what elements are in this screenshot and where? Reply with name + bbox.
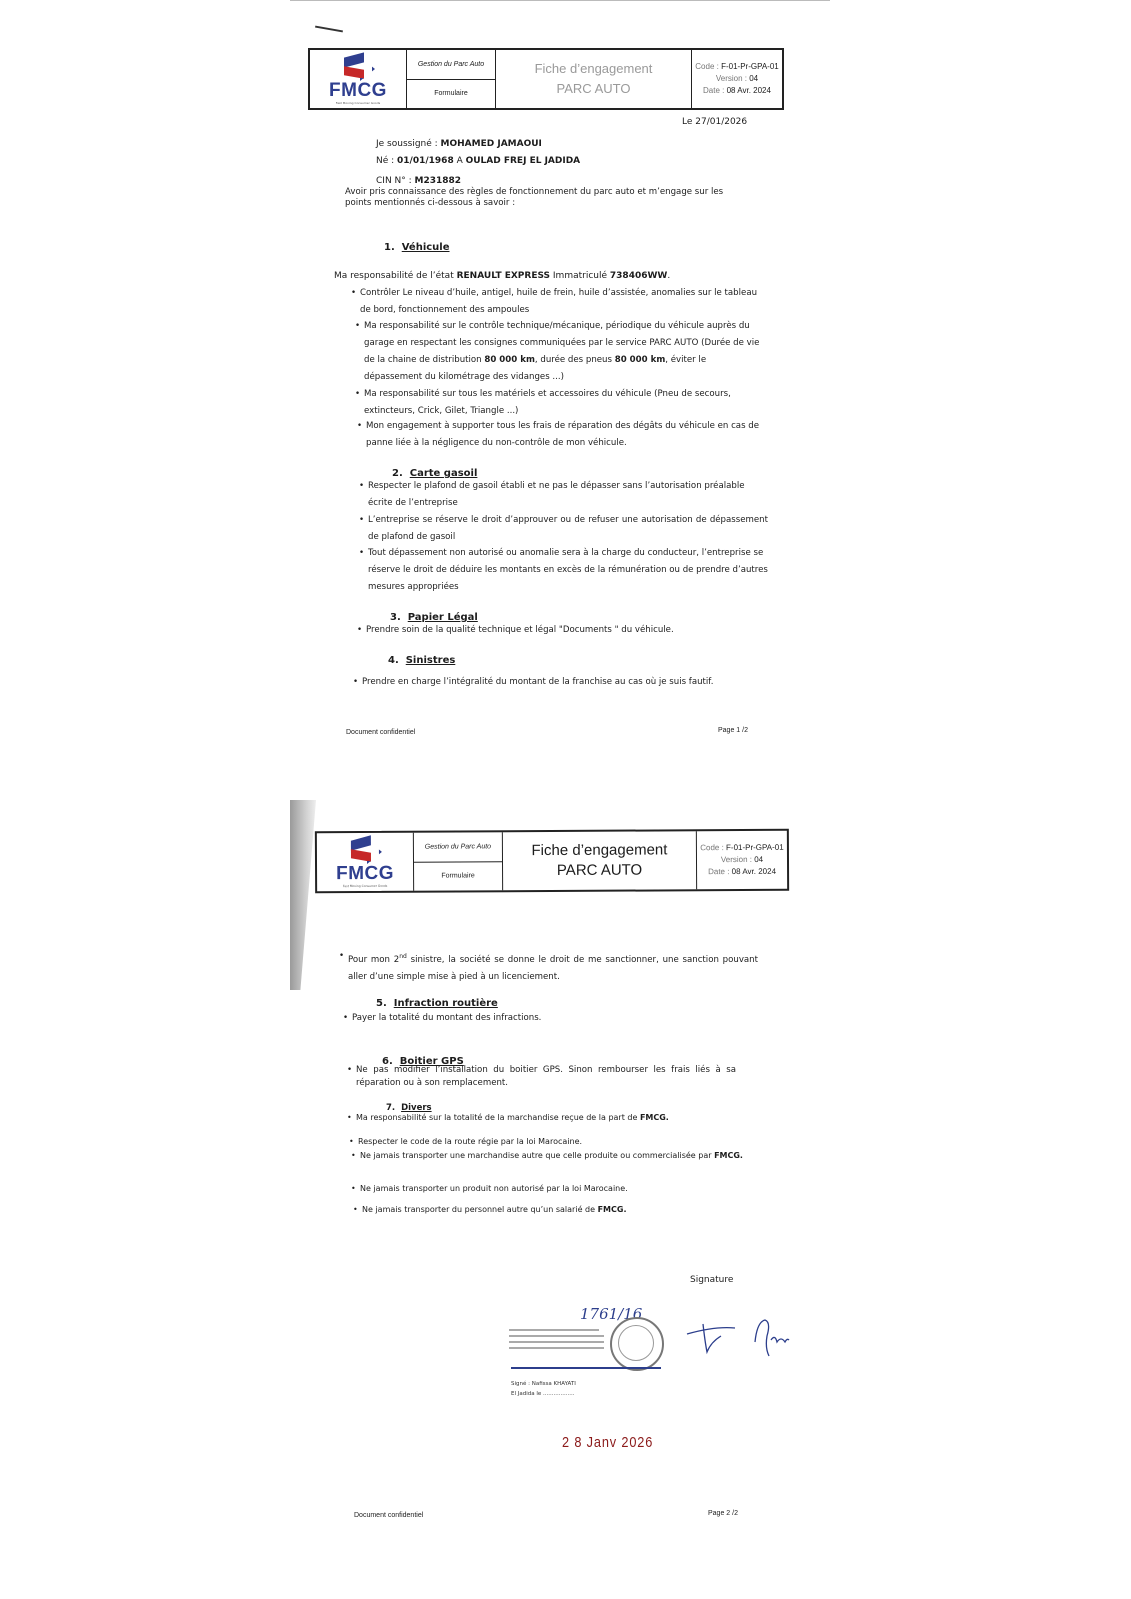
form-title: Fiche d’engagement PARC AUTO [496,50,692,108]
department-label: Gestion du Parc Auto [407,50,495,80]
list-item: Ne jamais transporter une marchandise au… [360,1150,750,1162]
section-heading-5: 5. Infraction routière [376,998,498,1009]
fmcg-logo-icon [349,836,381,864]
document-page-1: FMCG Fast Moving Consumer Goods Gestion … [290,0,830,770]
list-item: L’entreprise se réserve le droit d’appro… [368,512,768,546]
company-logo: FMCG Fast Moving Consumer Goods [317,833,414,892]
vehicle-line: Ma responsabilité de l’état RENAULT EXPR… [334,268,670,285]
page-number: Page 1 /2 [718,727,748,734]
doc-type-label: Formulaire [414,862,502,891]
page-edge [290,0,830,1]
signature-icon [685,1312,795,1362]
list-item: Prendre en charge l’intégralité du monta… [362,674,762,691]
list-item: Payer la totalité du montant des infract… [352,1010,752,1027]
signature-label: Signature [690,1272,733,1289]
section-heading-4: 4. Sinistres [388,655,455,666]
fmcg-logo-icon [342,53,374,81]
department-label: Gestion du Parc Auto [414,832,502,862]
form-title: Fiche d’engagement PARC AUTO [503,831,697,890]
doc-type-label: Formulaire [407,80,495,109]
list-item: Respecter le code de la route régie par … [358,1133,758,1150]
handwritten-name [511,1353,661,1369]
list-item: Ne jamais transporter un produit non aut… [360,1180,760,1197]
form-header: FMCG Fast Moving Consumer Goods Gestion … [315,829,789,893]
birth-line: Né : 01/01/1968 A OULAD FREJ EL JADIDA [376,153,580,170]
page-number: Page 2 /2 [708,1510,738,1517]
place-line: El Jadida le .................. [511,1391,575,1397]
list-item: Contrôler Le niveau d’huile, antigel, hu… [360,285,760,319]
pen-mark [315,26,343,33]
document-page-2: FMCG Fast Moving Consumer Goods Gestion … [290,800,830,1590]
list-item: Prendre soin de la qualité technique et … [366,622,766,639]
list-item: Tout dépassement non autorisé ou anomali… [368,545,768,596]
form-header: FMCG Fast Moving Consumer Goods Gestion … [308,48,784,110]
date-stamp: 2 8 Janv 2026 [562,1434,653,1451]
form-metadata: Code : F-01-Pr-GPA-01 Version : 04 Date … [697,831,787,889]
list-item: Ma responsabilité sur tous les matériels… [364,386,764,420]
paper-fold [290,800,316,990]
list-item: Pour mon 2nd sinistre, la société se don… [348,948,758,986]
company-logo: FMCG Fast Moving Consumer Goods [310,50,407,108]
list-item: Respecter le plafond de gasoil établi et… [368,478,768,512]
footer-confidential: Document confidentiel [346,729,415,736]
footer-confidential: Document confidentiel [354,1512,423,1519]
list-item: Ma responsabilité sur le contrôle techni… [364,318,764,386]
signer-line: Signé : Nafissa KHAYATI [511,1381,576,1387]
list-item: Ne jamais transporter du personnel autre… [362,1201,762,1218]
intro-paragraph: Avoir pris connaissance des règles de fo… [345,187,723,209]
list-item: Mon engagement à supporter tous les frai… [366,418,766,452]
form-metadata: Code : F-01-Pr-GPA-01 Version : 04 Date … [692,50,782,108]
list-item: Ne pas modifier l’installation du boitie… [356,1064,736,1090]
section-heading-1: 1. Véhicule [384,242,450,253]
undersigned-line: Je soussigné : MOHAMED JAMAOUI [376,136,542,153]
document-date: Le 27/01/2026 [682,114,747,131]
legalization-stamp: 1761/16 Signé : Nafissa KHAYATI El Jadid… [505,1305,665,1425]
list-item: Ma responsabilité sur la totalité de la … [356,1109,756,1126]
